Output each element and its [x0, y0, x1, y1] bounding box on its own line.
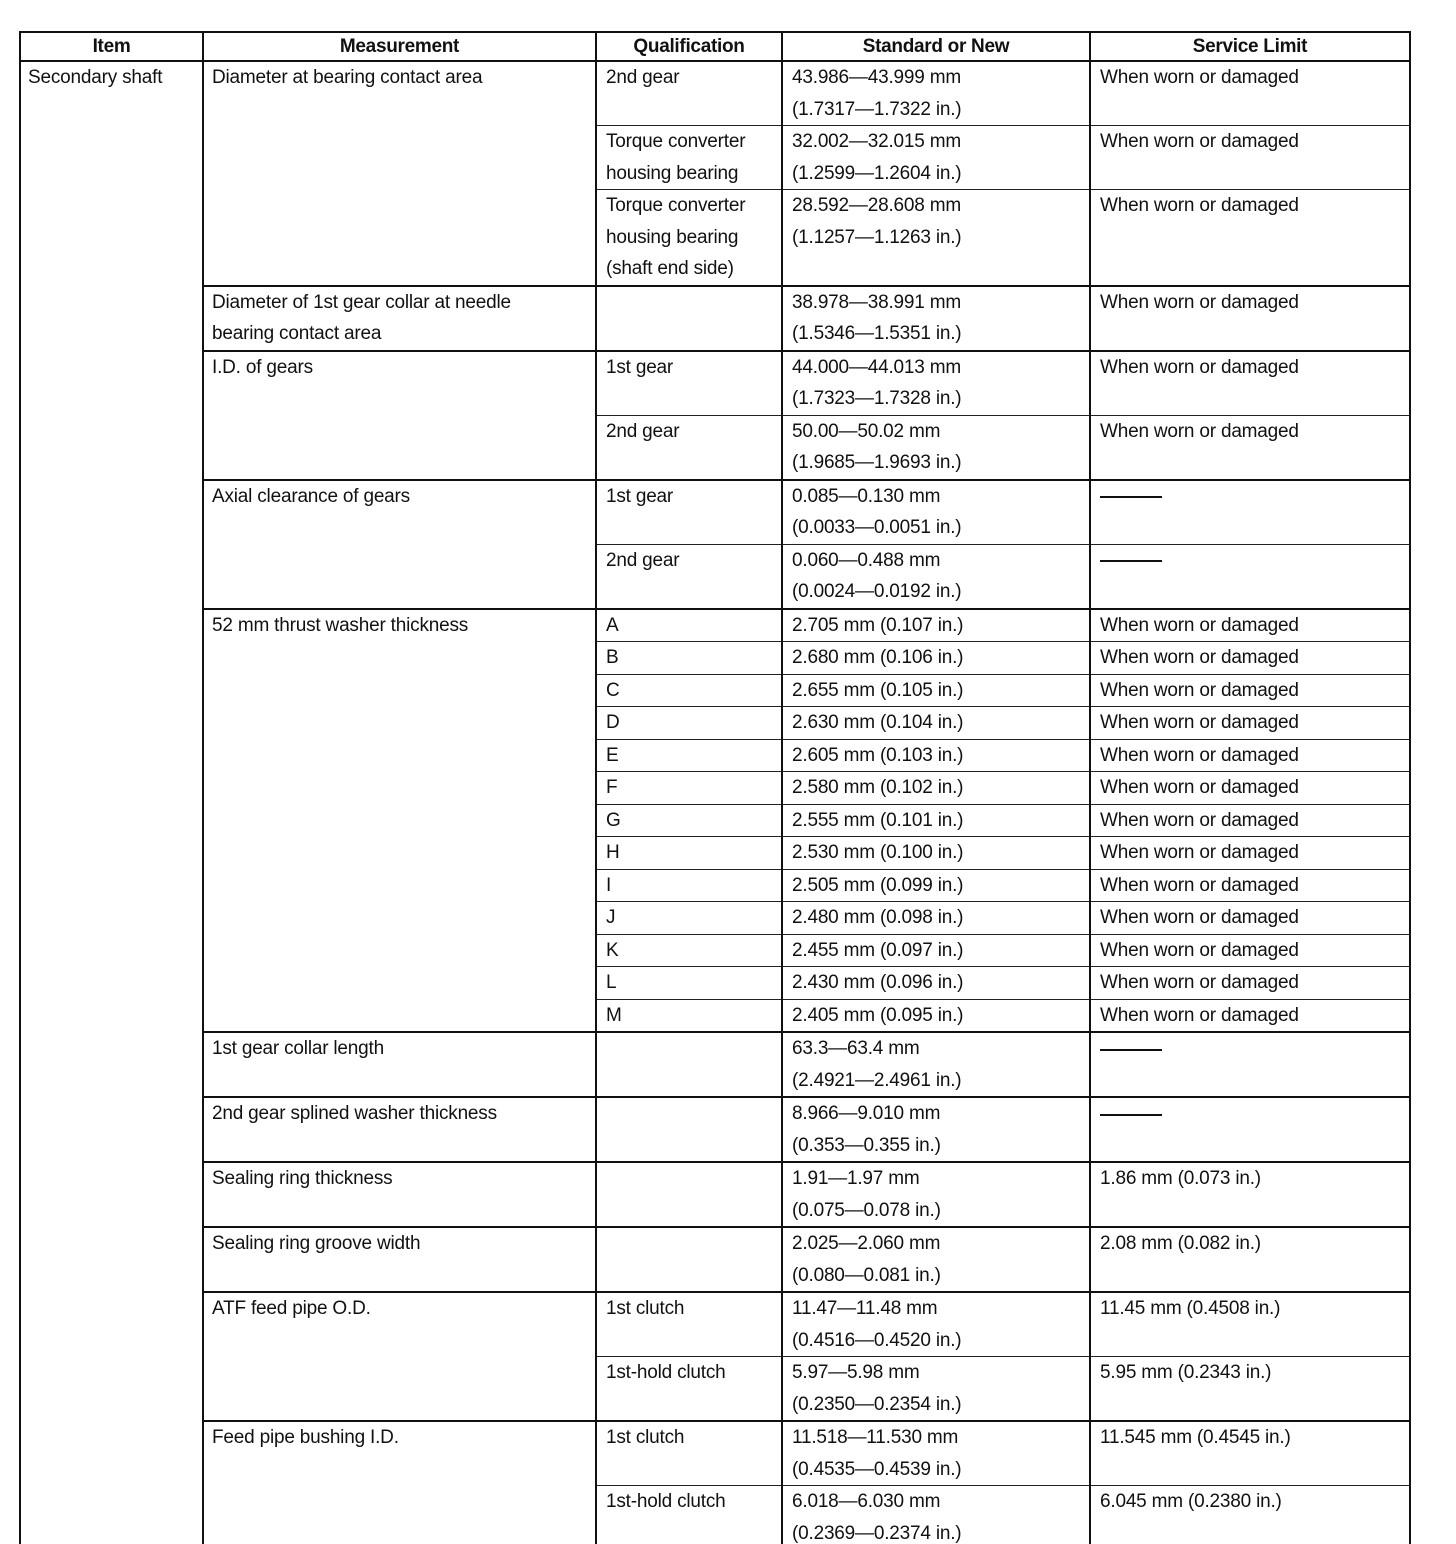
standard-text: 11.47—11.48 mm	[792, 1293, 1081, 1325]
qualification-cell: Torque converterhousing bearing(shaft en…	[596, 190, 782, 286]
measurement-cell: Feed pipe bushing I.D.	[203, 1421, 596, 1544]
qualification-cell: C	[596, 674, 782, 707]
standard-cell: 2.455 mm (0.097 in.)	[782, 934, 1090, 967]
standard-cell: 2.605 mm (0.103 in.)	[782, 739, 1090, 772]
measurement-cell: 52 mm thrust washer thickness	[203, 609, 596, 1033]
service-limit-cell: When worn or damaged	[1090, 351, 1410, 416]
blank-line	[606, 1163, 773, 1195]
standard-text: (0.353—0.355 in.)	[792, 1130, 1081, 1162]
standard-text: (0.2369—0.2374 in.)	[792, 1518, 1081, 1544]
standard-text: 8.966—9.010 mm	[792, 1098, 1081, 1130]
qualification-text: housing bearing	[606, 222, 773, 254]
service-limit-cell: When worn or damaged	[1090, 674, 1410, 707]
service-limit-cell: When worn or damaged	[1090, 609, 1410, 642]
service-limit-cell: When worn or damaged	[1090, 642, 1410, 675]
qualification-text: 1st-hold clutch	[606, 1486, 773, 1518]
standard-cell: 2.555 mm (0.101 in.)	[782, 804, 1090, 837]
standard-text: (0.0024—0.0192 in.)	[792, 576, 1081, 608]
standard-text: 2.655 mm (0.105 in.)	[792, 675, 1081, 707]
standard-text: 2.405 mm (0.095 in.)	[792, 1000, 1081, 1032]
table-row: Feed pipe bushing I.D.1st clutch 11.518—…	[20, 1421, 1410, 1486]
qualification-cell: M	[596, 999, 782, 1032]
blank-line	[606, 1065, 773, 1097]
standard-text: (1.2599—1.2604 in.)	[792, 158, 1081, 190]
table-row: I.D. of gears1st gear 44.000—44.013 mm(1…	[20, 351, 1410, 416]
service-limit-text: 2.08 mm (0.082 in.)	[1100, 1228, 1401, 1260]
standard-text: (0.0033—0.0051 in.)	[792, 512, 1081, 544]
table-row: Secondary shaftDiameter at bearing conta…	[20, 61, 1410, 126]
standard-cell: 2.655 mm (0.105 in.)	[782, 674, 1090, 707]
qualification-cell	[596, 1032, 782, 1097]
standard-cell: 2.705 mm (0.107 in.)	[782, 609, 1090, 642]
qualification-text: housing bearing	[606, 158, 773, 190]
qualification-cell: Torque converterhousing bearing	[596, 126, 782, 190]
measurement-text: Sealing ring groove width	[212, 1228, 587, 1260]
standard-cell: 1.91—1.97 mm(0.075—0.078 in.)	[782, 1162, 1090, 1227]
qualification-text: 2nd gear	[606, 62, 773, 94]
qualification-cell: 1st-hold clutch	[596, 1357, 782, 1422]
secondary-shaft-spec-table: Item Measurement Qualification Standard …	[19, 31, 1411, 1544]
service-limit-text: When worn or damaged	[1100, 805, 1401, 837]
service-limit-text: 11.45 mm (0.4508 in.)	[1100, 1293, 1401, 1325]
standard-text: (0.4516—0.4520 in.)	[792, 1325, 1081, 1357]
service-limit-cell: 1.86 mm (0.073 in.)	[1090, 1162, 1410, 1227]
standard-text: 63.3—63.4 mm	[792, 1033, 1081, 1065]
blank-line	[606, 1260, 773, 1292]
standard-text: 43.986—43.999 mm	[792, 62, 1081, 94]
qualification-text: D	[606, 707, 773, 739]
dash-icon	[1100, 1049, 1162, 1051]
service-limit-cell: When worn or damaged	[1090, 739, 1410, 772]
service-limit-text: When worn or damaged	[1100, 837, 1401, 869]
service-limit-text: When worn or damaged	[1100, 352, 1401, 384]
qualification-text: J	[606, 902, 773, 934]
standard-cell: 44.000—44.013 mm(1.7323—1.7328 in.)	[782, 351, 1090, 416]
blank-line	[606, 512, 773, 544]
qualification-text: G	[606, 805, 773, 837]
standard-cell: 28.592—28.608 mm(1.1257—1.1263 in.)	[782, 190, 1090, 286]
standard-text: (1.7317—1.7322 in.)	[792, 94, 1081, 126]
service-limit-text: 1.86 mm (0.073 in.)	[1100, 1163, 1401, 1195]
standard-cell: 2.530 mm (0.100 in.)	[782, 837, 1090, 870]
standard-text: 2.505 mm (0.099 in.)	[792, 870, 1081, 902]
service-limit-text: When worn or damaged	[1100, 967, 1401, 999]
service-limit-cell: When worn or damaged	[1090, 707, 1410, 740]
measurement-text: bearing contact area	[212, 318, 587, 350]
standard-cell: 50.00—50.02 mm(1.9685—1.9693 in.)	[782, 415, 1090, 480]
standard-text: 44.000—44.013 mm	[792, 352, 1081, 384]
service-limit-cell: 5.95 mm (0.2343 in.)	[1090, 1357, 1410, 1422]
standard-cell: 0.085—0.130 mm(0.0033—0.0051 in.)	[782, 480, 1090, 545]
qualification-cell: J	[596, 902, 782, 935]
service-limit-cell: When worn or damaged	[1090, 190, 1410, 286]
qualification-text: L	[606, 967, 773, 999]
qualification-text: 1st-hold clutch	[606, 1357, 773, 1389]
standard-cell: 63.3—63.4 mm(2.4921—2.4961 in.)	[782, 1032, 1090, 1097]
measurement-text: I.D. of gears	[212, 352, 587, 384]
standard-cell: 2.430 mm (0.096 in.)	[782, 967, 1090, 1000]
qualification-text: E	[606, 740, 773, 772]
measurement-text: 1st gear collar length	[212, 1033, 587, 1065]
standard-text: (1.9685—1.9693 in.)	[792, 447, 1081, 479]
dash-icon	[1100, 560, 1162, 562]
service-limit-text: When worn or damaged	[1100, 62, 1401, 94]
qualification-cell	[596, 1097, 782, 1162]
blank-line	[606, 287, 773, 319]
service-limit-text: When worn or damaged	[1100, 772, 1401, 804]
measurement-text: Diameter of 1st gear collar at needle	[212, 287, 587, 319]
qualification-cell: 1st-hold clutch	[596, 1486, 782, 1544]
blank-line	[606, 1228, 773, 1260]
service-limit-cell	[1090, 1097, 1410, 1162]
table-row: ATF feed pipe O.D.1st clutch 11.47—11.48…	[20, 1292, 1410, 1357]
standard-text: (1.5346—1.5351 in.)	[792, 318, 1081, 350]
service-limit-text: When worn or damaged	[1100, 126, 1401, 158]
measurement-cell: Sealing ring thickness	[203, 1162, 596, 1227]
dash-icon	[1100, 496, 1162, 498]
qualification-text: K	[606, 935, 773, 967]
qualification-cell: 1st gear	[596, 351, 782, 416]
blank-line	[606, 383, 773, 415]
qualification-text: M	[606, 1000, 773, 1032]
qualification-text: F	[606, 772, 773, 804]
standard-text: 32.002—32.015 mm	[792, 126, 1081, 158]
item-cell: Secondary shaft	[20, 61, 203, 1544]
blank-line	[606, 1389, 773, 1421]
standard-cell: 2.405 mm (0.095 in.)	[782, 999, 1090, 1032]
service-limit-text: When worn or damaged	[1100, 642, 1401, 674]
measurement-cell: Axial clearance of gears	[203, 480, 596, 609]
measurement-cell: 1st gear collar length	[203, 1032, 596, 1097]
standard-cell: 2.680 mm (0.106 in.)	[782, 642, 1090, 675]
standard-cell: 0.060—0.488 mm(0.0024—0.0192 in.)	[782, 544, 1090, 609]
qualification-text: 1st clutch	[606, 1422, 773, 1454]
standard-text: 2.025—2.060 mm	[792, 1228, 1081, 1260]
measurement-text: 2nd gear splined washer thickness	[212, 1098, 587, 1130]
measurement-text: Axial clearance of gears	[212, 481, 587, 513]
standard-cell: 2.025—2.060 mm(0.080—0.081 in.)	[782, 1227, 1090, 1292]
standard-text: 11.518—11.530 mm	[792, 1422, 1081, 1454]
qualification-cell: 1st clutch	[596, 1292, 782, 1357]
standard-text: 2.705 mm (0.107 in.)	[792, 610, 1081, 642]
standard-cell: 38.978—38.991 mm(1.5346—1.5351 in.)	[782, 286, 1090, 351]
table-row: Diameter of 1st gear collar at needlebea…	[20, 286, 1410, 351]
blank-line	[606, 318, 773, 350]
standard-text: (0.4535—0.4539 in.)	[792, 1454, 1081, 1486]
service-limit-cell: When worn or damaged	[1090, 869, 1410, 902]
service-limit-cell: 6.045 mm (0.2380 in.)	[1090, 1486, 1410, 1544]
measurement-text: ATF feed pipe O.D.	[212, 1293, 587, 1325]
standard-text: 2.530 mm (0.100 in.)	[792, 837, 1081, 869]
qualification-cell: H	[596, 837, 782, 870]
standard-text: 5.97—5.98 mm	[792, 1357, 1081, 1389]
qualification-text: 1st gear	[606, 352, 773, 384]
standard-cell: 11.518—11.530 mm(0.4535—0.4539 in.)	[782, 1421, 1090, 1486]
standard-cell: 2.480 mm (0.098 in.)	[782, 902, 1090, 935]
qualification-text: 2nd gear	[606, 545, 773, 577]
qualification-cell: 2nd gear	[596, 415, 782, 480]
qualification-cell: B	[596, 642, 782, 675]
standard-cell: 5.97—5.98 mm(0.2350—0.2354 in.)	[782, 1357, 1090, 1422]
standard-cell: 43.986—43.999 mm(1.7317—1.7322 in.)	[782, 61, 1090, 126]
standard-text: 2.480 mm (0.098 in.)	[792, 902, 1081, 934]
blank-line	[606, 94, 773, 126]
measurement-cell: ATF feed pipe O.D.	[203, 1292, 596, 1421]
header-service-limit: Service Limit	[1090, 32, 1410, 61]
blank-line	[606, 447, 773, 479]
service-limit-cell: 2.08 mm (0.082 in.)	[1090, 1227, 1410, 1292]
service-limit-text: When worn or damaged	[1100, 610, 1401, 642]
standard-cell: 2.505 mm (0.099 in.)	[782, 869, 1090, 902]
service-limit-cell: 11.545 mm (0.4545 in.)	[1090, 1421, 1410, 1486]
measurement-text: Feed pipe bushing I.D.	[212, 1422, 587, 1454]
measurement-cell: Sealing ring groove width	[203, 1227, 596, 1292]
qualification-cell: 1st clutch	[596, 1421, 782, 1486]
qualification-cell	[596, 1162, 782, 1227]
table-row: 52 mm thrust washer thicknessA2.705 mm (…	[20, 609, 1410, 642]
service-limit-text: When worn or damaged	[1100, 740, 1401, 772]
service-limit-text: When worn or damaged	[1100, 1000, 1401, 1032]
qualification-cell: F	[596, 772, 782, 805]
service-limit-cell	[1090, 480, 1410, 545]
service-limit-text: When worn or damaged	[1100, 190, 1401, 222]
service-limit-text: When worn or damaged	[1100, 287, 1401, 319]
standard-text: (0.080—0.081 in.)	[792, 1260, 1081, 1292]
qualification-text: B	[606, 642, 773, 674]
header-qualification: Qualification	[596, 32, 782, 61]
header-standard: Standard or New	[782, 32, 1090, 61]
blank-line	[606, 1518, 773, 1544]
header-item: Item	[20, 32, 203, 61]
service-limit-text: When worn or damaged	[1100, 935, 1401, 967]
measurement-cell: I.D. of gears	[203, 351, 596, 480]
standard-text: 50.00—50.02 mm	[792, 416, 1081, 448]
standard-cell: 32.002—32.015 mm(1.2599—1.2604 in.)	[782, 126, 1090, 190]
standard-text: 0.060—0.488 mm	[792, 545, 1081, 577]
qualification-cell: 2nd gear	[596, 61, 782, 126]
service-limit-cell	[1090, 544, 1410, 609]
service-limit-cell: When worn or damaged	[1090, 286, 1410, 351]
dash-icon	[1100, 1114, 1162, 1116]
service-limit-cell: When worn or damaged	[1090, 804, 1410, 837]
service-limit-cell: When worn or damaged	[1090, 415, 1410, 480]
service-limit-cell: When worn or damaged	[1090, 837, 1410, 870]
service-limit-text: When worn or damaged	[1100, 707, 1401, 739]
blank-line	[606, 1033, 773, 1065]
service-limit-cell: When worn or damaged	[1090, 772, 1410, 805]
blank-line	[606, 1130, 773, 1162]
measurement-text: Diameter at bearing contact area	[212, 62, 587, 94]
table-row: Sealing ring groove width 2.025—2.060 mm…	[20, 1227, 1410, 1292]
service-limit-cell: 11.45 mm (0.4508 in.)	[1090, 1292, 1410, 1357]
standard-text: 2.630 mm (0.104 in.)	[792, 707, 1081, 739]
standard-text: 2.580 mm (0.102 in.)	[792, 772, 1081, 804]
service-limit-text: When worn or damaged	[1100, 675, 1401, 707]
qualification-text: A	[606, 610, 773, 642]
qualification-text: Torque converter	[606, 126, 773, 158]
table-row: Axial clearance of gears1st gear 0.085—0…	[20, 480, 1410, 545]
qualification-cell: D	[596, 707, 782, 740]
table-row: Sealing ring thickness 1.91—1.97 mm(0.07…	[20, 1162, 1410, 1227]
standard-text: (0.075—0.078 in.)	[792, 1195, 1081, 1227]
standard-cell: 8.966—9.010 mm(0.353—0.355 in.)	[782, 1097, 1090, 1162]
standard-text: (2.4921—2.4961 in.)	[792, 1065, 1081, 1097]
standard-text: 1.91—1.97 mm	[792, 1163, 1081, 1195]
standard-cell: 2.630 mm (0.104 in.)	[782, 707, 1090, 740]
standard-text: (1.7323—1.7328 in.)	[792, 383, 1081, 415]
qualification-text: I	[606, 870, 773, 902]
qualification-cell: 1st gear	[596, 480, 782, 545]
qualification-cell: G	[596, 804, 782, 837]
qualification-cell: L	[596, 967, 782, 1000]
service-limit-text: 11.545 mm (0.4545 in.)	[1100, 1422, 1401, 1454]
service-limit-cell	[1090, 1032, 1410, 1097]
service-limit-text: 6.045 mm (0.2380 in.)	[1100, 1486, 1401, 1518]
standard-text: 28.592—28.608 mm	[792, 190, 1081, 222]
measurement-text: 52 mm thrust washer thickness	[212, 610, 587, 642]
service-limit-text: When worn or damaged	[1100, 870, 1401, 902]
service-limit-cell: When worn or damaged	[1090, 967, 1410, 1000]
qualification-cell: A	[596, 609, 782, 642]
measurement-text: Sealing ring thickness	[212, 1163, 587, 1195]
measurement-cell: Diameter at bearing contact area	[203, 61, 596, 286]
qualification-cell: E	[596, 739, 782, 772]
standard-text: 6.018—6.030 mm	[792, 1486, 1081, 1518]
measurement-cell: Diameter of 1st gear collar at needlebea…	[203, 286, 596, 351]
service-limit-text: 5.95 mm (0.2343 in.)	[1100, 1357, 1401, 1389]
service-limit-cell: When worn or damaged	[1090, 126, 1410, 190]
service-limit-text: When worn or damaged	[1100, 902, 1401, 934]
standard-text: 2.455 mm (0.097 in.)	[792, 935, 1081, 967]
qualification-text: 1st clutch	[606, 1293, 773, 1325]
qualification-cell	[596, 286, 782, 351]
header-row: Item Measurement Qualification Standard …	[20, 32, 1410, 61]
service-limit-cell: When worn or damaged	[1090, 61, 1410, 126]
qualification-cell: I	[596, 869, 782, 902]
standard-cell: 6.018—6.030 mm(0.2369—0.2374 in.)	[782, 1486, 1090, 1544]
table-row: 2nd gear splined washer thickness 8.966—…	[20, 1097, 1410, 1162]
qualification-text: H	[606, 837, 773, 869]
service-limit-cell: When worn or damaged	[1090, 902, 1410, 935]
measurement-cell: 2nd gear splined washer thickness	[203, 1097, 596, 1162]
qualification-cell: K	[596, 934, 782, 967]
service-limit-cell: When worn or damaged	[1090, 999, 1410, 1032]
standard-cell: 2.580 mm (0.102 in.)	[782, 772, 1090, 805]
blank-line	[606, 1325, 773, 1357]
header-measurement: Measurement	[203, 32, 596, 61]
blank-line	[606, 1195, 773, 1227]
service-limit-cell: When worn or damaged	[1090, 934, 1410, 967]
service-limit-text: When worn or damaged	[1100, 416, 1401, 448]
qualification-text: 2nd gear	[606, 416, 773, 448]
qualification-cell: 2nd gear	[596, 544, 782, 609]
standard-text: 2.555 mm (0.101 in.)	[792, 805, 1081, 837]
standard-text: 2.430 mm (0.096 in.)	[792, 967, 1081, 999]
standard-text: 38.978—38.991 mm	[792, 287, 1081, 319]
standard-cell: 11.47—11.48 mm(0.4516—0.4520 in.)	[782, 1292, 1090, 1357]
table-body: Secondary shaftDiameter at bearing conta…	[20, 61, 1410, 1544]
qualification-text: C	[606, 675, 773, 707]
blank-line	[606, 1454, 773, 1486]
blank-line	[606, 1098, 773, 1130]
standard-text: 0.085—0.130 mm	[792, 481, 1081, 513]
qualification-text: Torque converter	[606, 190, 773, 222]
standard-text: 2.680 mm (0.106 in.)	[792, 642, 1081, 674]
standard-text: (1.1257—1.1263 in.)	[792, 222, 1081, 254]
standard-text: 2.605 mm (0.103 in.)	[792, 740, 1081, 772]
qualification-cell	[596, 1227, 782, 1292]
standard-text: (0.2350—0.2354 in.)	[792, 1389, 1081, 1421]
table-row: 1st gear collar length 63.3—63.4 mm(2.49…	[20, 1032, 1410, 1097]
qualification-text: 1st gear	[606, 481, 773, 513]
qualification-text: (shaft end side)	[606, 253, 773, 285]
blank-line	[606, 576, 773, 608]
